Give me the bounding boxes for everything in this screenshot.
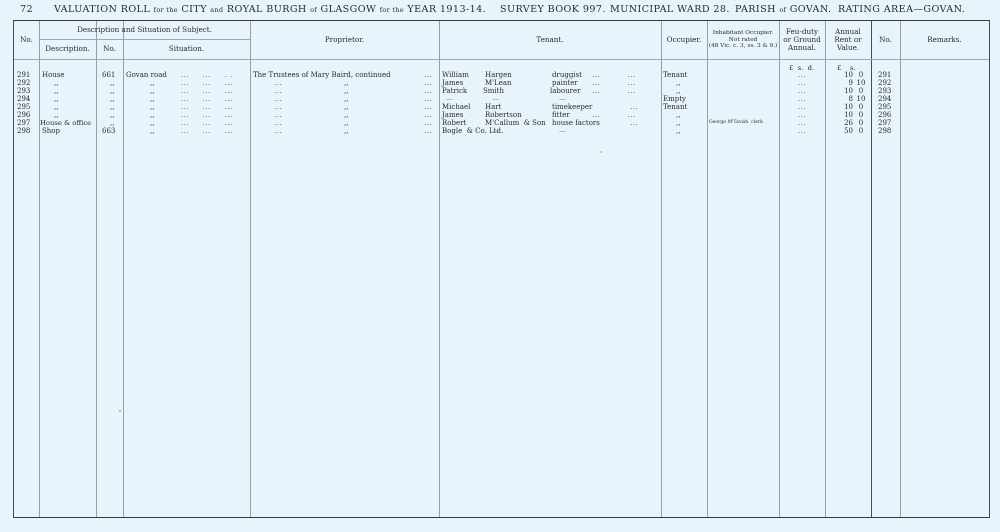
municipal-ward: MUNICIPAL WARD 28.	[610, 4, 730, 15]
divider	[14, 59, 989, 60]
table-row: 296 ,, ,, ,, ... ... ... ... ,, ... Jame…	[14, 111, 989, 119]
header-annual-rent: Annual Rent or Value.	[825, 21, 871, 59]
header-street-no: No.	[96, 39, 123, 59]
valuation-roll-table: No. Description and Situation of Subject…	[13, 20, 990, 518]
page-title: 72 VALUATION ROLL for the CITY and ROYAL…	[0, 4, 1000, 18]
paper-speck	[600, 151, 602, 153]
table-row: 295 ,, ,, ,, ... ... ... ... ,, ... Mich…	[14, 103, 989, 111]
header-description-group: Description and Situation of Subject.	[39, 21, 250, 39]
table-row: 297 House & office ,, ,, ... ... ... ...…	[14, 119, 989, 127]
paper-speck	[119, 410, 121, 412]
page-number: 72	[20, 4, 33, 15]
header-no: No.	[14, 21, 39, 59]
table-row: 292 ,, ,, ,, ... ... ... ... ,, ... Jame…	[14, 79, 989, 87]
parish: PARISH of GOVAN.	[735, 4, 831, 15]
table-row: 298 Shop 663 ,, ... ... ... ... ,, ... B…	[14, 127, 989, 135]
table-row: 291 House 661 Govan road ... ... . . The…	[14, 71, 989, 79]
header-proprietor: Proprietor.	[250, 21, 439, 59]
header-tenant: Tenant.	[439, 21, 661, 59]
header-occupier: Occupier.	[661, 21, 707, 59]
header-remarks: Remarks.	[900, 21, 989, 59]
survey-book: SURVEY BOOK 997.	[500, 4, 606, 15]
inhabitant-occupier: George M'Tavish clerk	[709, 119, 763, 127]
header-inhabitant-occupier: Inhabitant Occupier. Not rated (48 Vic. …	[707, 21, 779, 59]
header-description: Description.	[39, 39, 96, 59]
header-no-right: No.	[871, 21, 900, 59]
header-situation: Situation.	[123, 39, 250, 59]
title-heading: VALUATION ROLL for the CITY and ROYAL BU…	[54, 4, 486, 15]
rating-area: RATING AREA—GOVAN.	[838, 4, 965, 15]
table-row: 293 ,, ,, ,, ... ... ... ... ,, ... Patr…	[14, 87, 989, 95]
table-row: 294 ,, ,, ,, ... ... ... ... ,, ... — — …	[14, 95, 989, 103]
header-feu-duty: Feu-duty or Ground Annual.	[779, 21, 825, 59]
